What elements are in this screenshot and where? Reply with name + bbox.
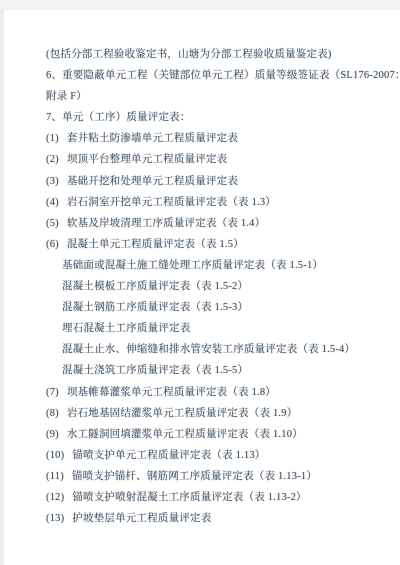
item-number: (6) <box>46 234 59 255</box>
document-line: (4)岩石洞室开挖单元工程质量评定表（表 1.3） <box>46 192 392 213</box>
item-number: (5) <box>46 213 59 234</box>
item-text: 附录 F） <box>46 91 87 102</box>
item-text: 坝顶平台整理单元工程质量评定表 <box>67 154 228 165</box>
document-line: (6)混凝土单元工程质量评定表（表 1.5） <box>46 234 392 255</box>
document-lines: (包括分部工程验收鉴定书，山塘为分部工程验收质量鉴定表)6、重要隐蔽单元工程（关… <box>46 44 392 529</box>
document-line: 6、重要隐蔽单元工程（关键部位单元工程）质量等级签证表（SL176-2007： <box>46 65 392 86</box>
document-line: 混凝土止水、伸缩缝和排水管安装工序质量评定表（表 1.5-4） <box>46 339 392 360</box>
item-text: 套井粘土防渗墙单元工程质量评定表 <box>67 133 238 144</box>
document-line: (8)岩石地基固结灌浆单元工程质量评定表（表 1.9） <box>46 403 392 424</box>
item-text: 混凝土止水、伸缩缝和排水管安装工序质量评定表（表 1.5-4） <box>62 344 355 355</box>
item-text: 锚喷支护锚杆、钢筋网工序质量评定表（表 1.13-1） <box>72 471 317 482</box>
item-number: (12) <box>46 487 64 508</box>
document-line: (12)锚喷支护喷射混凝土工序质量评定表（表 1.13-2） <box>46 487 392 508</box>
document-line: 附录 F） <box>46 86 392 107</box>
item-number: (3) <box>46 171 59 192</box>
item-text: 埋石混凝土工序质量评定表 <box>62 323 190 334</box>
item-text: 岩石洞室开挖单元工程质量评定表（表 1.3） <box>67 197 276 208</box>
item-text: 坝基帷幕灌浆单元工程质量评定表（表 1.8） <box>67 387 276 398</box>
document-line: 基础面或混凝土施工缝处理工序质量评定表（表 1.5-1） <box>46 255 392 276</box>
item-text: 混凝土模板工序质量评定表（表 1.5-2） <box>62 281 248 292</box>
document-viewport: (包括分部工程验收鉴定书，山塘为分部工程验收质量鉴定表)6、重要隐蔽单元工程（关… <box>0 0 400 565</box>
document-line: (3)基础开挖和处理单元工程质量评定表 <box>46 171 392 192</box>
document-line: (10)锚喷支护单元工程质量评定表（表 1.13） <box>46 445 392 466</box>
item-number: (4) <box>46 192 59 213</box>
item-number: (1) <box>46 128 59 149</box>
item-text: 护坡垫层单元工程质量评定表 <box>72 513 211 524</box>
item-number: (11) <box>46 466 64 487</box>
document-page: (包括分部工程验收鉴定书，山塘为分部工程验收质量鉴定表)6、重要隐蔽单元工程（关… <box>4 10 400 565</box>
document-line: 混凝土模板工序质量评定表（表 1.5-2） <box>46 276 392 297</box>
item-number: (9) <box>46 424 59 445</box>
item-text: 混凝土钢筋工序质量评定表（表 1.5-3） <box>62 302 248 313</box>
item-text: 6、重要隐蔽单元工程（关键部位单元工程）质量等级签证表（SL176-2007： <box>46 70 400 81</box>
document-line: (13)护坡垫层单元工程质量评定表 <box>46 508 392 529</box>
document-line: 7、单元（工序）质量评定表： <box>46 107 392 128</box>
item-text: 岩石地基固结灌浆单元工程质量评定表（表 1.9） <box>67 408 298 419</box>
document-line: 混凝土浇筑工序质量评定表（表 1.5-5） <box>46 360 392 381</box>
document-line: (7)坝基帷幕灌浆单元工程质量评定表（表 1.8） <box>46 382 392 403</box>
item-text: 基础开挖和处理单元工程质量评定表 <box>67 176 238 187</box>
document-line: (11)锚喷支护锚杆、钢筋网工序质量评定表（表 1.13-1） <box>46 466 392 487</box>
document-line: (5)软基及岸坡清理工序质量评定表（表 1.4） <box>46 213 392 234</box>
item-text: (包括分部工程验收鉴定书，山塘为分部工程验收质量鉴定表) <box>46 49 332 60</box>
item-number: (13) <box>46 508 64 529</box>
top-gray-band <box>0 0 400 10</box>
item-text: 7、单元（工序）质量评定表： <box>46 112 191 123</box>
document-line: (包括分部工程验收鉴定书，山塘为分部工程验收质量鉴定表) <box>46 44 392 65</box>
document-line: (9)水工隧洞回填灌浆单元工程质量评定表（表 1.10） <box>46 424 392 445</box>
item-number: (7) <box>46 382 59 403</box>
item-number: (10) <box>46 445 64 466</box>
item-text: 锚喷支护单元工程质量评定表（表 1.13） <box>72 450 265 461</box>
document-line: 埋石混凝土工序质量评定表 <box>46 318 392 339</box>
item-number: (8) <box>46 403 59 424</box>
document-line: (1)套井粘土防渗墙单元工程质量评定表 <box>46 128 392 149</box>
item-text: 水工隧洞回填灌浆单元工程质量评定表（表 1.10） <box>67 429 303 440</box>
item-text: 基础面或混凝土施工缝处理工序质量评定表（表 1.5-1） <box>62 260 323 271</box>
item-text: 混凝土浇筑工序质量评定表（表 1.5-5） <box>62 365 248 376</box>
item-text: 混凝土单元工程质量评定表（表 1.5） <box>67 239 244 250</box>
item-number: (2) <box>46 149 59 170</box>
item-text: 锚喷支护喷射混凝土工序质量评定表（表 1.13-2） <box>72 492 306 503</box>
document-line: (2)坝顶平台整理单元工程质量评定表 <box>46 149 392 170</box>
item-text: 软基及岸坡清理工序质量评定表（表 1.4） <box>67 218 265 229</box>
document-line: 混凝土钢筋工序质量评定表（表 1.5-3） <box>46 297 392 318</box>
